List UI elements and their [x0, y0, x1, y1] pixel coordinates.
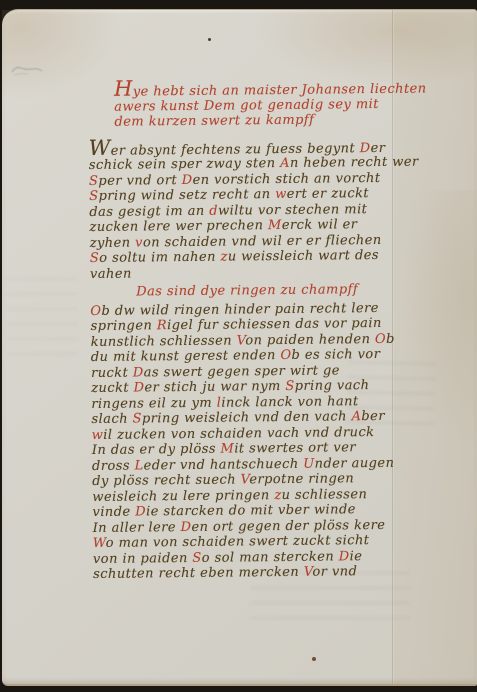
- rubricated-letter: D: [181, 519, 192, 534]
- text-segment: W: [89, 135, 111, 159]
- text-segment: du mit kunst gerest enden: [91, 348, 281, 365]
- rubricated-letter: S: [192, 550, 202, 565]
- text-segment: awers kunst Dem got genadig sey mit: [114, 96, 379, 114]
- text-segment: o soltu im nahen: [99, 250, 220, 266]
- text-segment: as swert gegen sper wirt ge: [144, 363, 340, 380]
- text-segment: erpotne ringen: [249, 471, 354, 487]
- rubricated-letter: D: [339, 549, 350, 564]
- text-segment: inck lanck von hant: [221, 394, 358, 410]
- rubricated-letter: O: [90, 303, 101, 318]
- text-segment: ert er zuckt: [287, 186, 369, 202]
- text-segment: u weissleich wart des: [228, 248, 379, 265]
- manuscript-photo-frame: Hye hebt sich an maister Johansen liecht…: [0, 0, 477, 692]
- rubricated-letter: O: [375, 331, 386, 346]
- text-segment: pring weisleich vnd den vach: [142, 409, 352, 426]
- rubricated-letter: V: [241, 472, 250, 487]
- text-segment: erck wil er: [282, 217, 358, 233]
- rubricated-letter: R: [157, 318, 167, 333]
- rubricated-letter: M: [220, 441, 234, 456]
- text-segment: Das sind dye ringen zu champff: [136, 282, 358, 299]
- text-segment: weisleich zu lere pringen: [92, 488, 274, 505]
- rubricated-letter: w: [92, 427, 104, 442]
- text-segment: or vnd: [312, 564, 357, 579]
- text-segment: vinde: [92, 505, 135, 520]
- rubricated-letter: A: [280, 156, 290, 171]
- text-segment: wiltu vor stechen mit: [218, 202, 367, 219]
- text-segment: o sol man stercken: [202, 549, 339, 565]
- rubricated-letter: V: [237, 333, 246, 348]
- text-segment: u schliessen: [282, 487, 368, 503]
- rubricated-letter: O: [280, 348, 291, 363]
- text-segment: en ort gegen der plöss kere: [191, 517, 385, 534]
- rubricated-letter: W: [93, 536, 106, 551]
- rubricated-letter: D: [182, 172, 193, 187]
- text-segment: schick sein sper zway sten: [89, 156, 280, 173]
- text-segment: on paiden henden: [245, 332, 375, 348]
- rubricated-letter: w: [275, 187, 287, 202]
- text-segment: ie: [350, 549, 363, 564]
- text-segment: it swertes ort ver: [234, 440, 356, 456]
- text-segment: von in paiden: [93, 550, 193, 566]
- rubricated-letter: S: [285, 379, 295, 394]
- text-segment: pring wind setz recht an: [98, 187, 275, 204]
- text-segment: slach: [91, 412, 132, 427]
- text-segment: eder vnd hantschuech: [144, 456, 304, 473]
- text-segment: H: [114, 77, 133, 101]
- pencil-mark: [10, 63, 44, 79]
- ink-speck: [208, 38, 211, 41]
- text-segment: igel fur schiessen das vor pain: [167, 316, 382, 333]
- rubricated-letter: D: [134, 380, 145, 395]
- text-segment: b: [386, 331, 395, 346]
- text-segment: In aller lere: [93, 520, 181, 536]
- ink-speck: [312, 657, 316, 661]
- text-segment: on schaiden vnd wil er er fliechen: [143, 232, 382, 249]
- rubricated-letter: A: [351, 409, 361, 424]
- text-area: Hye hebt sich an maister Johansen liecht…: [88, 80, 445, 582]
- text-segment: das gesigt im an: [89, 203, 209, 219]
- text-segment: er: [371, 140, 386, 155]
- text-segment: dem kurzen swert zu kampff: [114, 113, 314, 130]
- text-segment: b es sich vor: [291, 347, 380, 363]
- rubricated-letter: L: [134, 458, 143, 473]
- text-segment: er stich ju war nym: [144, 379, 285, 395]
- text-segment: zucken lere wer prechen: [89, 218, 268, 235]
- text-segment: ber: [361, 409, 385, 424]
- verse-block-1: Wer absynt fechtens zu fuess begynt Ders…: [89, 139, 442, 282]
- show-through-text: [6, 278, 78, 358]
- rubricated-letter: D: [133, 365, 144, 380]
- text-segment: kunstlich schliessen: [91, 333, 237, 350]
- text-segment: dross: [92, 458, 135, 473]
- text-segment: ruckt: [91, 365, 133, 380]
- text-segment: per vnd ort: [98, 173, 181, 189]
- text-segment: dy plöss recht suech: [92, 472, 241, 489]
- text-segment: zyhen: [90, 235, 136, 250]
- text-line: Hye hebt sich an maister Johansen liecht…: [114, 80, 440, 99]
- text-segment: springen: [90, 318, 156, 334]
- text-segment: zuckt: [91, 381, 134, 396]
- text-segment: n heben recht wer: [290, 155, 419, 171]
- text-segment: ie starcken do mit vber winde: [146, 502, 356, 519]
- rubric-heading-2: Das sind dye ringen zu champff: [136, 281, 442, 300]
- text-segment: vahen: [90, 266, 132, 281]
- text-line: Das sind dye ringen zu champff: [136, 281, 442, 300]
- text-segment: pring vach: [295, 378, 370, 394]
- rubricated-letter: U: [303, 456, 315, 471]
- rubricated-letter: D: [360, 141, 371, 156]
- manuscript-page: Hye hebt sich an maister Johansen liecht…: [2, 9, 477, 686]
- rubricated-letter: d: [209, 203, 218, 218]
- text-segment: ringens eil zu ym: [91, 395, 216, 411]
- rubricated-letter: D: [135, 504, 146, 519]
- text-segment: nder augen: [315, 455, 395, 471]
- verse-block-2: Ob dw wild ringen hinder pain recht lere…: [90, 300, 445, 583]
- rubric-heading-1: Hye hebt sich an maister Johansen liecht…: [114, 80, 440, 130]
- text-segment: en vorstich stich an vorcht: [193, 170, 381, 187]
- text-line: dem kurzen swert zu kampff: [114, 111, 440, 130]
- rubricated-letter: M: [268, 218, 282, 233]
- text-segment: schutten recht eben mercken: [93, 565, 304, 582]
- text-segment: In das er dy plöss: [92, 442, 221, 458]
